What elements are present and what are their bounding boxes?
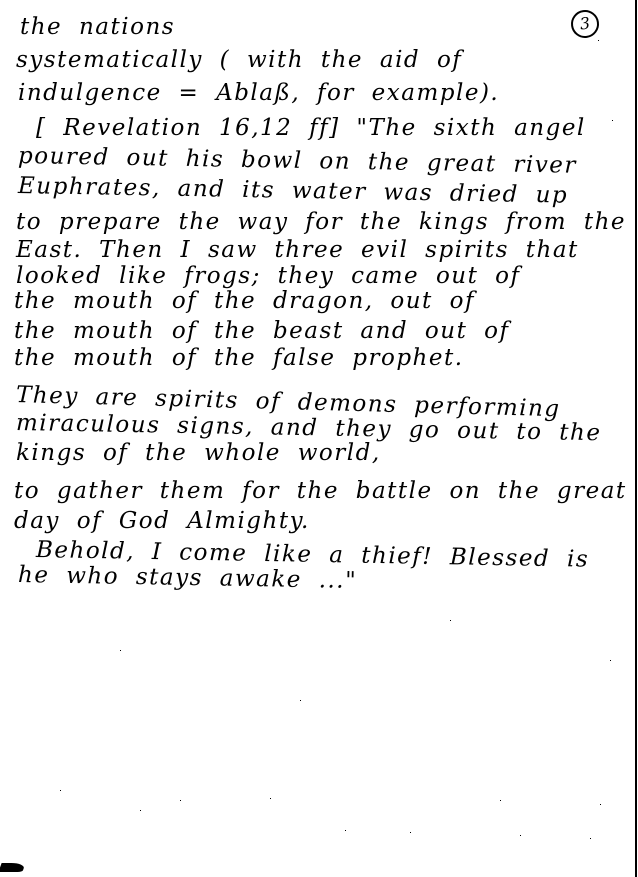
- text-line: Euphrates, and its water was dried up: [18, 173, 569, 209]
- scan-speckle: [520, 835, 521, 836]
- scan-edge-line: [635, 0, 637, 877]
- text-line: the mouth of the beast and out of: [14, 318, 510, 344]
- scan-speckle: [500, 800, 501, 801]
- text-line: looked like frogs; they came out of: [16, 263, 521, 289]
- scan-speckle: [590, 838, 591, 839]
- scan-speckle: [598, 40, 599, 41]
- scan-artifact-blob: [0, 863, 26, 872]
- text-line: systematically ( with the aid of: [16, 47, 462, 73]
- text-line: he who stays awake ...": [18, 562, 358, 594]
- scan-speckle: [410, 832, 411, 833]
- scan-speckle: [180, 800, 181, 801]
- text-line: [ Revelation 16,12 ff] "The sixth angel: [36, 115, 586, 141]
- scan-speckle: [612, 120, 613, 121]
- text-line: to prepare the way for the kings from th…: [16, 209, 626, 235]
- text-line: East. Then I saw three evil spirits that: [16, 237, 579, 263]
- handwritten-page: 3 the nations systematically ( with the …: [0, 0, 638, 877]
- text-line: the mouth of the false prophet.: [14, 345, 464, 371]
- scan-speckle: [450, 620, 451, 621]
- text-line: poured out his bowl on the great river: [18, 143, 577, 179]
- text-line: indulgence = Ablaß, for example).: [18, 80, 499, 106]
- page-number: 3: [569, 8, 601, 40]
- scan-speckle: [120, 650, 121, 651]
- scan-speckle: [60, 790, 61, 791]
- text-line: the nations: [20, 14, 175, 40]
- scan-speckle: [610, 660, 611, 661]
- scan-speckle: [345, 830, 346, 831]
- scan-speckle: [600, 804, 601, 805]
- text-line: the mouth of the dragon, out of: [14, 288, 475, 314]
- scan-speckle: [270, 798, 271, 799]
- scan-speckle: [300, 700, 301, 701]
- text-line: day of God Almighty.: [14, 508, 310, 534]
- scan-speckle: [140, 810, 141, 811]
- text-line: to gather them for the battle on the gre…: [14, 478, 627, 504]
- text-line: kings of the whole world,: [16, 440, 381, 466]
